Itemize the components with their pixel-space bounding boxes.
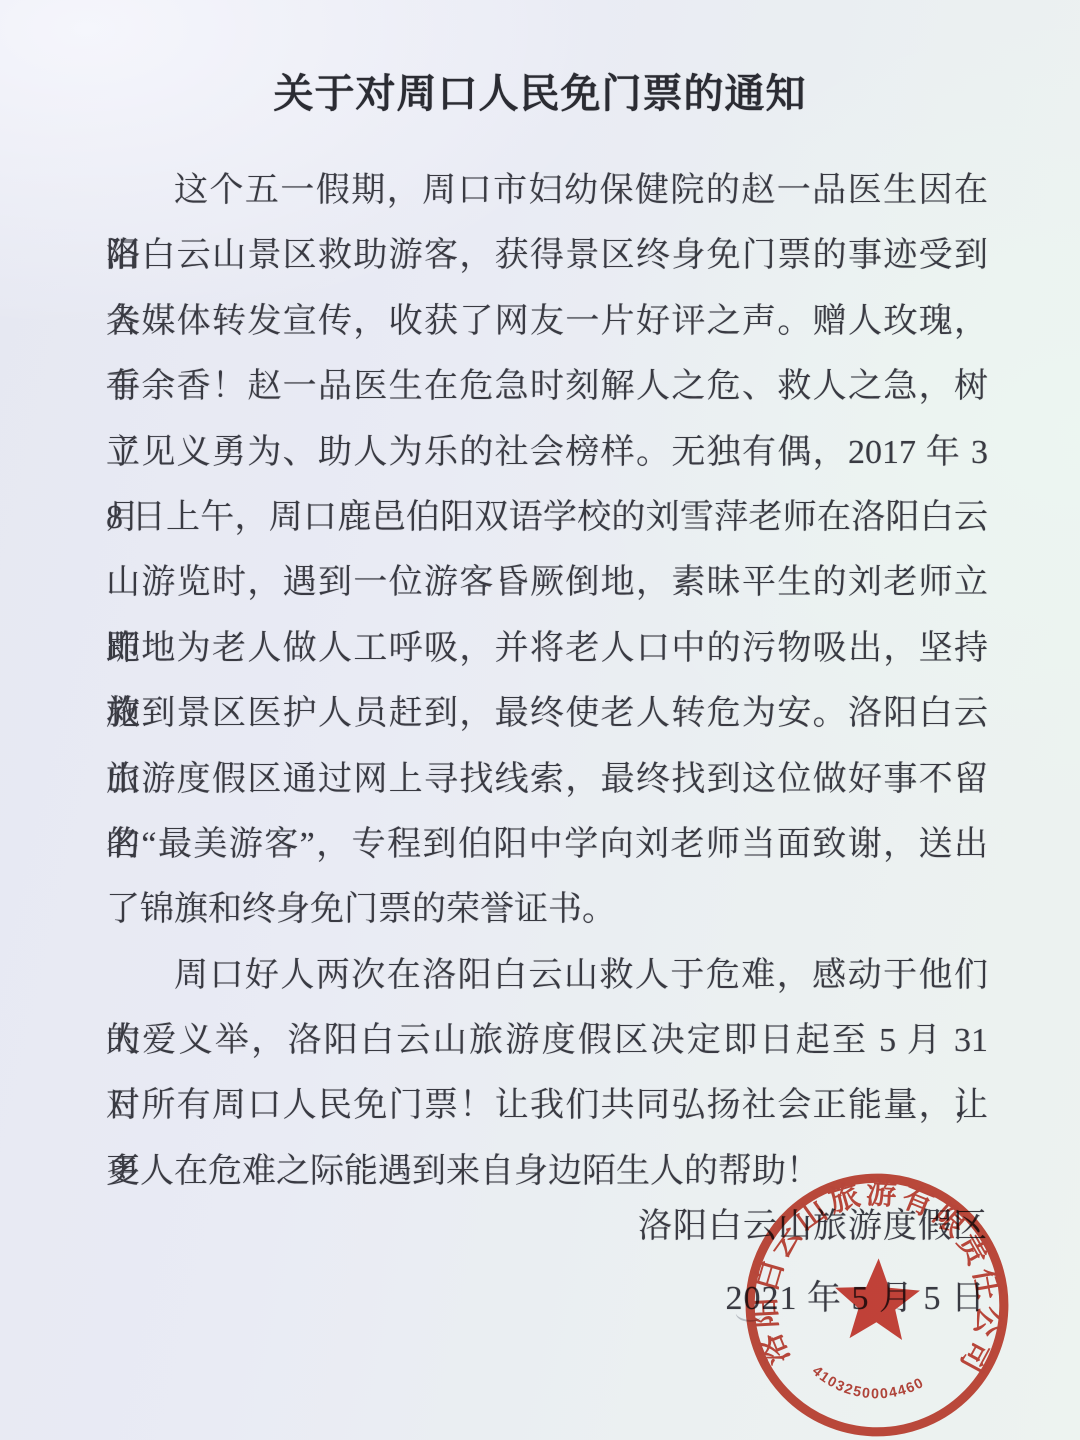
body-line: 旅游度假区通过网上寻找线索，最终找到这位做好事不留名 <box>106 747 988 812</box>
document-page: 关于对周口人民免门票的通知 这个五一假期，周口市妇幼保健院的赵一品医生因在洛阳白… <box>0 0 1080 1440</box>
body-line: 这个五一假期，周口市妇幼保健院的赵一品医生因在洛 <box>106 158 988 223</box>
document-title: 关于对周口人民免门票的通知 <box>0 62 1080 119</box>
body-line: 大媒体转发宣传，收获了网友一片好评之声。赠人玫瑰，手 <box>106 289 988 354</box>
body-line: 了见义勇为、助人为乐的社会榜样。无独有偶，2017 年 3 月 <box>106 420 988 485</box>
seal-number-text: 4103250004460 <box>808 1363 928 1404</box>
body-line: 对所有周口人民免门票！让我们共同弘扬社会正能量，让更 <box>106 1073 988 1138</box>
seal-star-icon <box>833 1257 921 1341</box>
body-line: 的“最美游客”，专程到伯阳中学向刘老师当面致谢，送出 <box>106 812 988 877</box>
body-line: 周口好人两次在洛阳白云山救人于危难，感动于他们的 <box>106 943 988 1008</box>
body-line: 8 日上午，周口鹿邑伯阳双语学校的刘雪萍老师在洛阳白云 <box>106 485 988 550</box>
body-line: 大爱义举，洛阳白云山旅游度假区决定即日起至 5 月 31 日， <box>106 1008 988 1073</box>
body-line: 救到景区医护人员赶到，最终使老人转危为安。洛阳白云山 <box>106 681 988 746</box>
document-body: 这个五一假期，周口市妇幼保健院的赵一品医生因在洛阳白云山景区救助游客，获得景区终… <box>106 158 988 1204</box>
body-line: 阳白云山景区救助游客，获得景区终身免门票的事迹受到各 <box>106 223 988 288</box>
seal-graphic: 洛阳白云山旅游有限责任公司 4103250004460 <box>735 1163 1018 1440</box>
body-line: 跪地为老人做人工呼吸，并将老人口中的污物吸出，坚持施 <box>106 616 988 681</box>
body-line: 有余香！赵一品医生在危急时刻解人之危、救人之急，树立 <box>106 354 988 419</box>
official-seal-stamp: 洛阳白云山旅游有限责任公司 4103250004460 <box>735 1163 1018 1440</box>
body-line: 了锦旗和终身免门票的荣誉证书。 <box>106 877 988 942</box>
body-line: 山游览时，遇到一位游客昏厥倒地，素昧平生的刘老师立即 <box>106 550 988 615</box>
